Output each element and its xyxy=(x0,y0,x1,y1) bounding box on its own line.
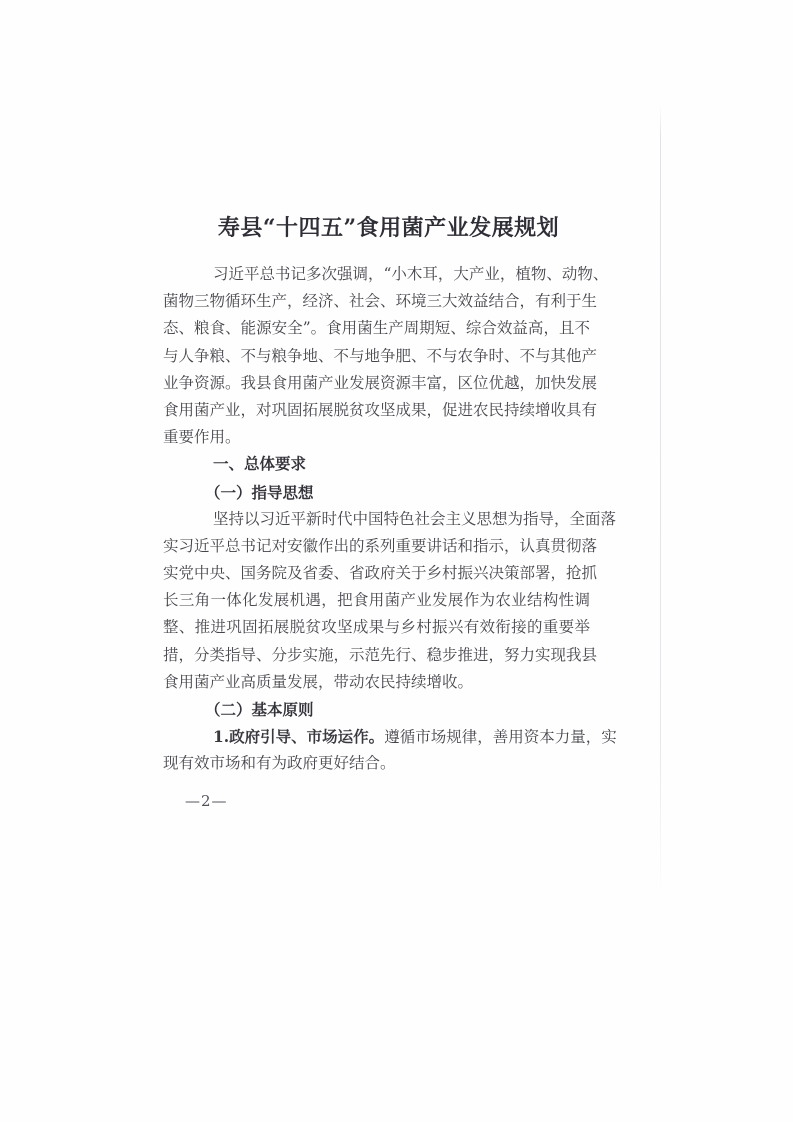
text-line: 习近平总书记多次强调，“小木耳，大产业，植物、动物、 xyxy=(163,261,590,288)
text-line: 1.政府引导、市场运作。遵循市场规律，善用资本力量，实 xyxy=(163,723,590,750)
scan-artifact-line xyxy=(660,105,661,900)
text-line: 业争资源。我县食用菌产业发展资源丰富，区位优越，加快发展 xyxy=(163,370,590,397)
text-line: 一、总体要求 xyxy=(163,451,590,478)
text-line: 整、推进巩固拓展脱贫攻坚成果与乡村振兴有效衔接的重要举 xyxy=(163,614,590,641)
text-line: 措，分类指导、分步实施，示范先行、稳步推进，努力实现我县 xyxy=(163,642,590,669)
text-line: 实党中央、国务院及省委、省政府关于乡村振兴决策部署，抢抓 xyxy=(163,560,590,587)
text-line: 长三角一体化发展机遇，把食用菌产业发展作为农业结构性调 xyxy=(163,587,590,614)
text-line: 食用菌产业，对巩固拓展脱贫攻坚成果，促进农民持续增收具有 xyxy=(163,397,590,424)
document-title: 寿县“十四五”食用菌产业发展规划 xyxy=(175,211,602,242)
text-line: 现有效市场和有为政府更好结合。 xyxy=(163,750,590,777)
page-number: —2— xyxy=(185,792,228,810)
text-line: 坚持以习近平新时代中国特色社会主义思想为指导，全面落 xyxy=(163,506,590,533)
document-body: 习近平总书记多次强调，“小木耳，大产业，植物、动物、菌物三物循环生产，经济、社会… xyxy=(163,261,590,778)
text-line: 态、粮食、能源安全”。食用菌生产周期短、综合效益高，且不 xyxy=(163,315,590,342)
bold-lead-text: 1.政府引导、市场运作。 xyxy=(213,727,384,746)
text-line: （二）基本原则 xyxy=(163,696,590,723)
text-line: 实习近平总书记对安徽作出的系列重要讲话和指示，认真贯彻落 xyxy=(163,533,590,560)
text-line: 重要作用。 xyxy=(163,424,590,451)
text-line: 菌物三物循环生产，经济、社会、环境三大效益结合，有利于生 xyxy=(163,288,590,315)
text-line: 与人争粮、不与粮争地、不与地争肥、不与农争时、不与其他产 xyxy=(163,343,590,370)
text-line: （一）指导思想 xyxy=(163,479,590,506)
text-line: 食用菌产业高质量发展，带动农民持续增收。 xyxy=(163,669,590,696)
document-page: 寿县“十四五”食用菌产业发展规划 习近平总书记多次强调，“小木耳，大产业，植物、… xyxy=(0,0,793,1122)
